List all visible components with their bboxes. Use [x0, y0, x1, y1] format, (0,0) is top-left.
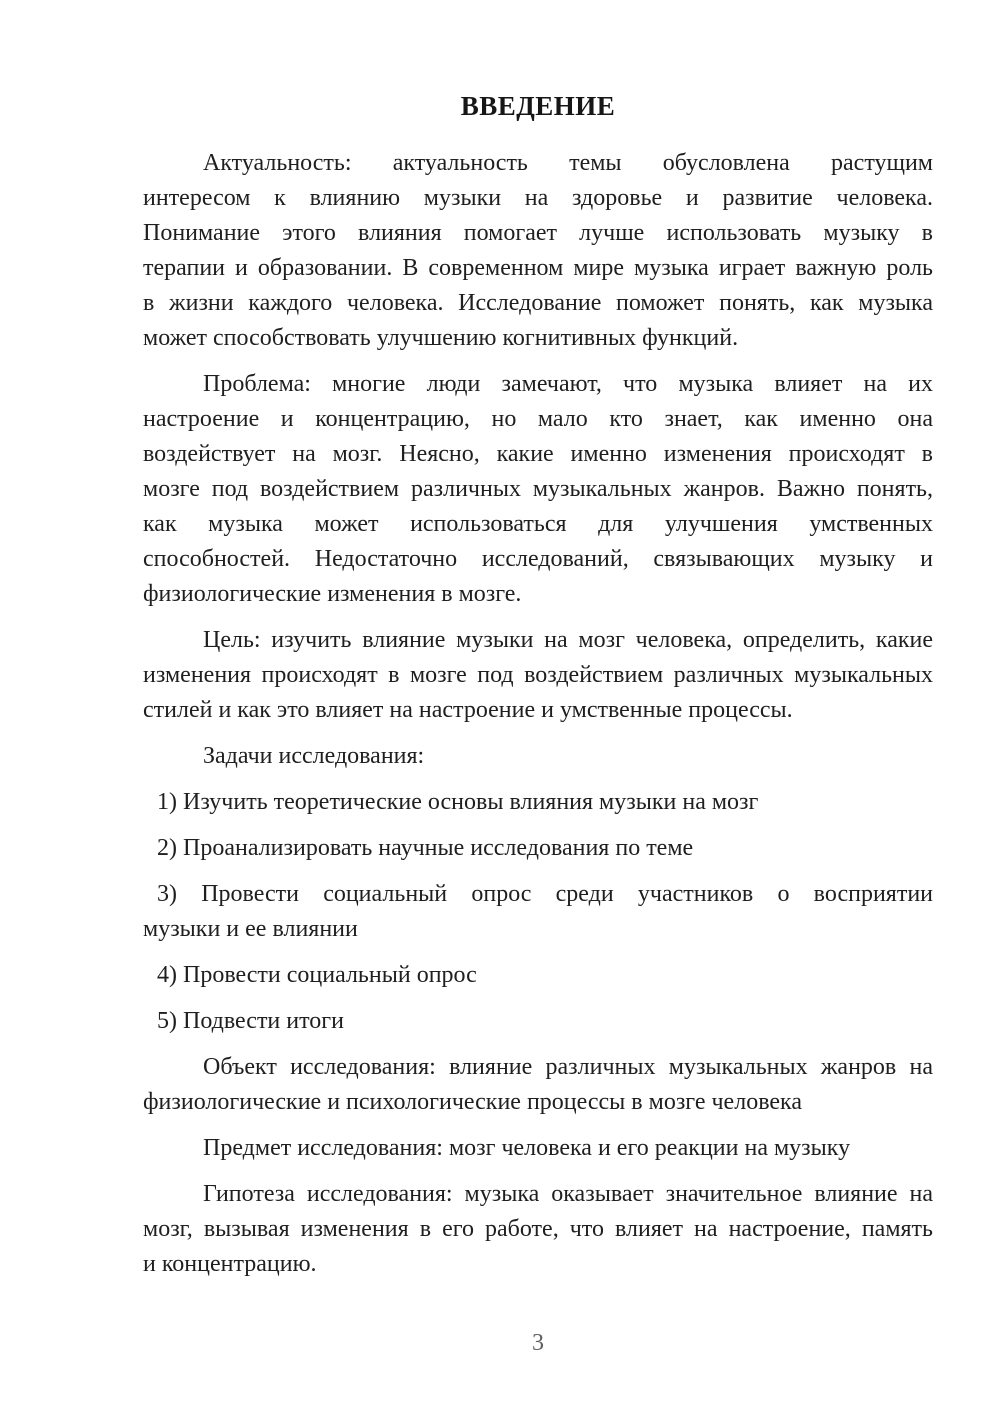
task-item-1: 1) Изучить теоретические основы влияния …	[143, 785, 933, 820]
text-line: музыки и ее влиянии	[143, 912, 933, 947]
text-line: 1) Изучить теоретические основы влияния …	[143, 785, 933, 820]
text-line: изменения происходят в мозге под воздейс…	[143, 658, 933, 693]
text-line: способностей. Недостаточно исследований,…	[143, 542, 933, 577]
text-line: Задачи исследования:	[143, 739, 933, 774]
text-line: Проблема: многие люди замечают, что музы…	[143, 367, 933, 402]
text-line: Понимание этого влияния помогает лучше и…	[143, 216, 933, 251]
paragraph-goal: Цель: изучить влияние музыки на мозг чел…	[143, 623, 933, 728]
text-line: Цель: изучить влияние музыки на мозг чел…	[143, 623, 933, 658]
document-page: ВВЕДЕНИЕ Актуальность: актуальность темы…	[0, 0, 1000, 1414]
text-line: интересом к влиянию музыки на здоровье и…	[143, 181, 933, 216]
text-line: мозг, вызывая изменения в его работе, чт…	[143, 1212, 933, 1247]
paragraph-problem: Проблема: многие люди замечают, что музы…	[143, 367, 933, 612]
text-line: 4) Провести социальный опрос	[143, 958, 933, 993]
task-item-2: 2) Проанализировать научные исследования…	[143, 831, 933, 866]
text-line: в жизни каждого человека. Исследование п…	[143, 286, 933, 321]
text-line: и концентрацию.	[143, 1247, 933, 1282]
text-line: может способствовать улучшению когнитивн…	[143, 321, 933, 356]
text-line: воздействует на мозг. Неясно, какие имен…	[143, 437, 933, 472]
task-item-4: 4) Провести социальный опрос	[143, 958, 933, 993]
task-item-5: 5) Подвести итоги	[143, 1004, 933, 1039]
text-line: мозге под воздействием различных музыкал…	[143, 472, 933, 507]
text-line: 3) Провести социальный опрос среди участ…	[143, 877, 933, 912]
text-line: Объект исследования: влияние различных м…	[143, 1050, 933, 1085]
text-line: Гипотеза исследования: музыка оказывает …	[143, 1177, 933, 1212]
text-line: 5) Подвести итоги	[143, 1004, 933, 1039]
paragraph-object: Объект исследования: влияние различных м…	[143, 1050, 933, 1120]
text-line: терапии и образовании. В современном мир…	[143, 251, 933, 286]
text-line: физиологические изменения в мозге.	[143, 577, 933, 612]
text-line: Актуальность: актуальность темы обусловл…	[143, 146, 933, 181]
text-line: как музыка может использоваться для улуч…	[143, 507, 933, 542]
task-item-3: 3) Провести социальный опрос среди участ…	[143, 877, 933, 947]
page-title: ВВЕДЕНИЕ	[143, 89, 933, 124]
paragraph-subject: Предмет исследования: мозг человека и ег…	[143, 1131, 933, 1166]
text-line: стилей и как это влияет на настроение и …	[143, 693, 933, 728]
paragraph-hypothesis: Гипотеза исследования: музыка оказывает …	[143, 1177, 933, 1282]
document-body: Актуальность: актуальность темы обусловл…	[143, 146, 933, 1282]
tasks-heading: Задачи исследования:	[143, 739, 933, 774]
document-content: ВВЕДЕНИЕ Актуальность: актуальность темы…	[143, 0, 933, 1293]
text-line: Предмет исследования: мозг человека и ег…	[143, 1131, 933, 1166]
paragraph-relevance: Актуальность: актуальность темы обусловл…	[143, 146, 933, 356]
page-number: 3	[143, 1326, 933, 1361]
text-line: 2) Проанализировать научные исследования…	[143, 831, 933, 866]
text-line: физиологические и психологические процес…	[143, 1085, 933, 1120]
text-line: настроение и концентрацию, но мало кто з…	[143, 402, 933, 437]
